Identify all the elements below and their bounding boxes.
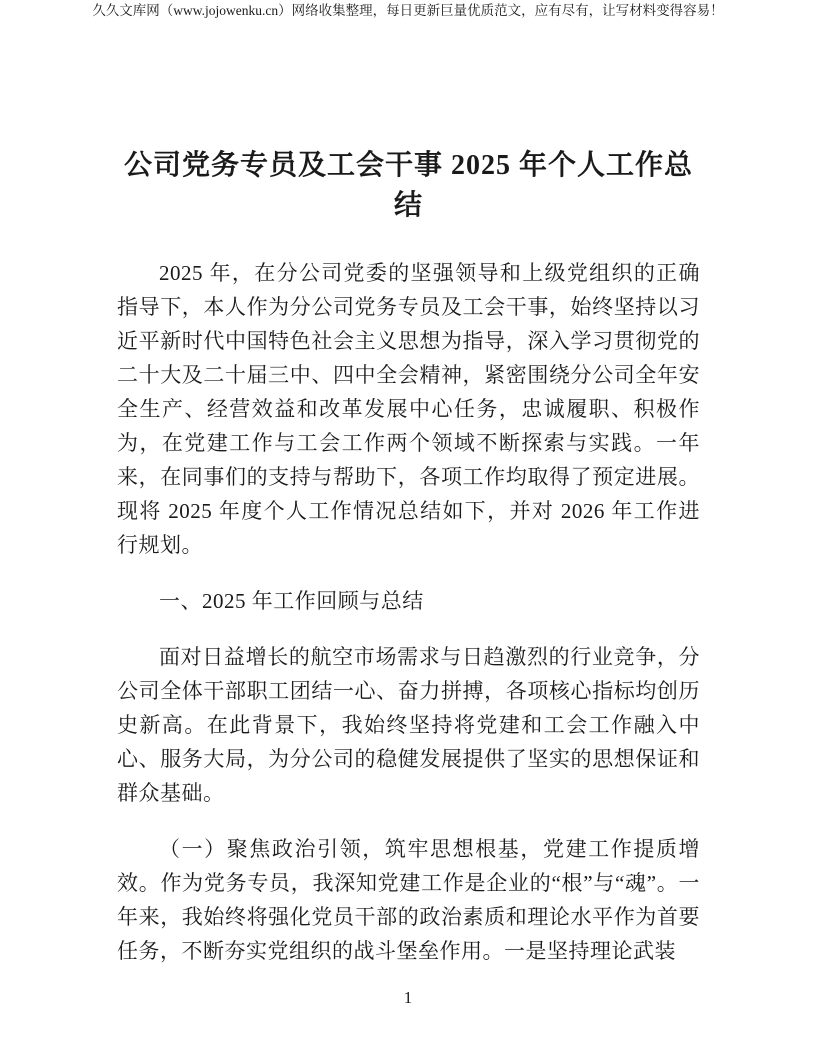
- paragraph-party-building: （一）聚焦政治引领，筑牢思想根基，党建工作提质增效。作为党务专员，我深知党建工作…: [117, 832, 700, 968]
- page-number: 1: [0, 988, 816, 1008]
- paragraph-overview: 面对日益增长的航空市场需求与日趋激烈的行业竞争，分公司全体干部职工团结一心、奋力…: [117, 640, 700, 810]
- watermark-header-note: 久久文库网（www.jojowenku.cn）网络收集整理，每日更新巨量优质范文…: [0, 2, 816, 19]
- paragraph-intro: 2025 年，在分公司党委的坚强领导和上级党组织的正确指导下，本人作为分公司党务…: [117, 256, 700, 562]
- document-body: 公司党务专员及工会干事 2025 年个人工作总结 2025 年，在分公司党委的坚…: [0, 0, 816, 968]
- document-title: 公司党务专员及工会干事 2025 年个人工作总结: [117, 146, 700, 226]
- document-page: 久久文库网（www.jojowenku.cn）网络收集整理，每日更新巨量优质范文…: [0, 0, 816, 1056]
- section-heading-review: 一、2025 年工作回顾与总结: [117, 584, 700, 618]
